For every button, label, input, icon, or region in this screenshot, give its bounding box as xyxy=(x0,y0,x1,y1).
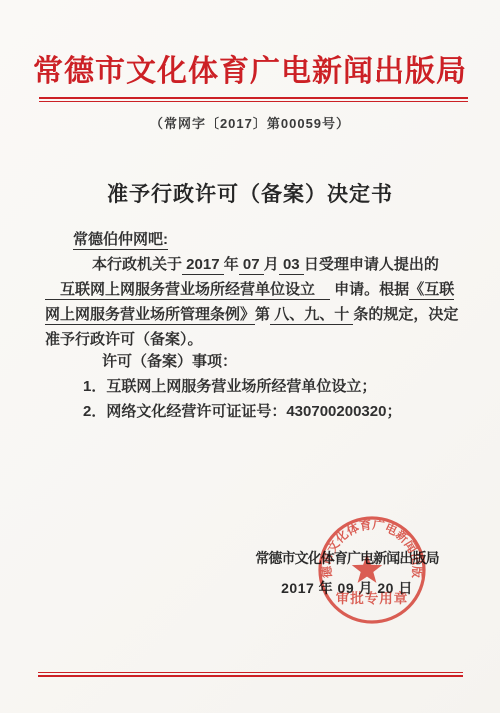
signature-org: 常德市文化体育广电新闻出版局 xyxy=(253,550,441,566)
addressee-name: 常德伯仲网吧: xyxy=(73,231,168,250)
body-l2-regulation-start: 《互联 xyxy=(409,281,454,300)
body-l1-month-blank: 07 xyxy=(239,256,264,275)
issuing-org-header: 常德市文化体育广电新闻出版局 xyxy=(0,46,500,90)
body-l3-articles-blank: 八、九、十 xyxy=(270,306,353,325)
body-l2-application-blank: 互联网上网服务营业场所经营单位设立 xyxy=(45,281,330,300)
body-l1-text-b: 年 xyxy=(224,256,239,273)
header-divider-line xyxy=(39,97,468,102)
body-l1-day-blank: 03 xyxy=(279,256,304,275)
body-line-1: 本行政机关于 2017 年 07 月 03 日受理申请人提出的 xyxy=(45,252,485,277)
body-l1-text-d: 日受理申请人提出的 xyxy=(304,256,439,273)
scanned-official-document: 常德市文化体育广电新闻出版局 （常网字〔2017〕第00059号） 准予行政许可… xyxy=(0,0,500,713)
footer-divider-line xyxy=(38,672,463,677)
document-number: （常网字〔2017〕第00059号） xyxy=(0,113,500,132)
body-l2-text-a: 申请。根据 xyxy=(330,281,409,298)
permit-item-1: 1．互联网上网服务营业场所经营单位设立； xyxy=(45,374,485,399)
body-l3-text-a: 第 xyxy=(255,306,270,323)
body-paragraph: 本行政机关于 2017 年 07 月 03 日受理申请人提出的 互联网上网服务营… xyxy=(45,252,485,352)
addressee-line: 常德伯仲网吧: xyxy=(73,228,168,249)
permit-item-2: 2．网络文化经营许可证证号：430700200320； xyxy=(45,399,485,424)
signature-date: 2017 年 09 月 20 日 xyxy=(253,578,441,598)
body-l1-text-a: 本行政机关于 xyxy=(92,256,182,273)
permit-items: 许可（备案）事项： 1．互联网上网服务营业场所经营单位设立； 2．网络文化经营许… xyxy=(45,349,485,424)
body-l3-regulation-end: 网上网服务营业场所管理条例》 xyxy=(45,306,255,325)
body-l1-text-c: 月 xyxy=(264,256,279,273)
body-l1-year-blank: 2017 xyxy=(182,256,224,275)
signature-block: 常德市文化体育广电新闻出版局 2017 年 09 月 20 日 xyxy=(253,550,441,598)
items-heading: 许可（备案）事项： xyxy=(45,349,485,374)
body-line-3: 网上网服务营业场所管理条例》第 八、九、十 条的规定，决定 xyxy=(45,302,485,327)
document-title: 准予行政许可（备案）决定书 xyxy=(0,178,500,208)
body-l3-text-b: 条的规定，决定 xyxy=(353,306,458,323)
body-line-2: 互联网上网服务营业场所经营单位设立 申请。根据《互联 xyxy=(45,277,485,302)
